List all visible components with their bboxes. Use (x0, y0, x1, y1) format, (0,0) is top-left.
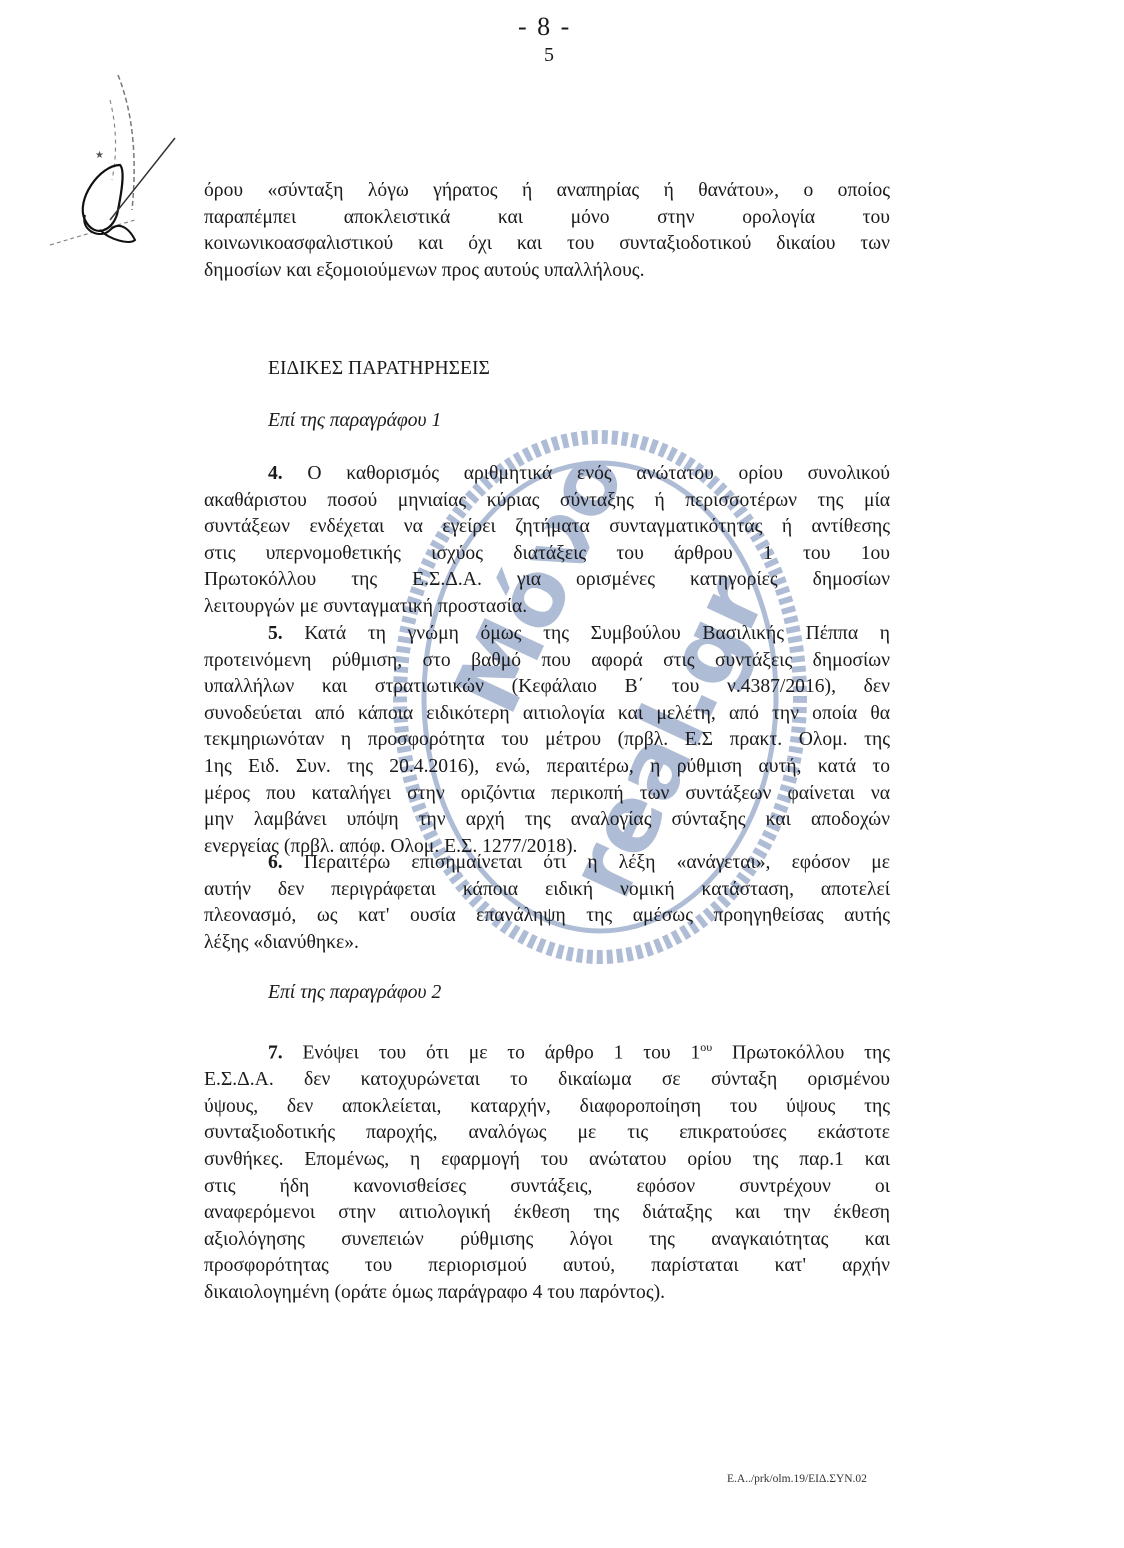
paragraph-7: 7. Ενόψει του ότι με το άρθρο 1 του 1ου … (204, 1034, 890, 1306)
text-line: μην λαμβάνει υπόψη την αρχή της αναλογία… (204, 807, 890, 834)
text-line: υπαλλήλων και στρατιωτικών (Κεφάλαιο Β΄ … (204, 674, 890, 701)
text-line: στις υπερνομοθετικής ισχύος διατάξεις το… (204, 541, 890, 568)
text-line: δημοσίων και εξομοιούμενων προς αυτούς υ… (204, 258, 890, 285)
text-line: συνοδεύεται από κάποια ειδικότερη αιτιολ… (204, 701, 890, 728)
signature-icon: ★ (40, 70, 210, 260)
text-line: 4. Ο καθορισμός αριθμητικά ενός ανώτατου… (204, 461, 890, 488)
text-line: όρου «σύνταξη λόγω γήρατος ή αναπηρίας ή… (204, 178, 890, 205)
paragraph-4: 4. Ο καθορισμός αριθμητικά ενός ανώτατου… (204, 461, 890, 621)
text-line: Ε.Σ.Δ.Α. δεν κατοχυρώνεται το δικαίωμα σ… (204, 1067, 890, 1094)
text-line: 6. Περαιτέρω επισημαίνεται ότι η λέξη «α… (204, 850, 890, 877)
intro-paragraph: όρου «σύνταξη λόγω γήρατος ή αναπηρίας ή… (204, 178, 890, 284)
paragraph-5: 5. Κατά τη γνώμη όμως της Συμβούλου Βασι… (204, 621, 890, 860)
text-line: αυτήν δεν περιγράφεται κάποια ειδική νομ… (204, 877, 890, 904)
text-line: 7. Ενόψει του ότι με το άρθρο 1 του 1ου … (204, 1034, 890, 1067)
text-line: παραπέμπει αποκλειστικά και μόνο στην ορ… (204, 205, 890, 232)
text-line: συνταξιοδοτικής παροχής, αναλόγως με τις… (204, 1120, 890, 1147)
text-line: δικαιολογημένη (οράτε όμως παράγραφο 4 τ… (204, 1280, 890, 1307)
text-line: πλεονασμό, ως κατ' ουσία επανάληψη της α… (204, 903, 890, 930)
text-line: αναφερόμενοι στην αιτιολογική έκθεση της… (204, 1200, 890, 1227)
text-line: προτεινόμενη ρύθμιση, στο βαθμό που αφορ… (204, 648, 890, 675)
text-line: λέξης «διανύθηκε». (204, 930, 890, 957)
text-line: Πρωτοκόλλου της Ε.Σ.Δ.Α. για ορισμένες κ… (204, 567, 890, 594)
text-line: τεκμηριωνόταν η προσφορότητα του μέτρου … (204, 727, 890, 754)
handwritten-page-number: - 8 - (518, 12, 571, 42)
text-line: στις ήδη κανονισθείσες συντάξεις, εφόσον… (204, 1174, 890, 1201)
text-line: 5. Κατά τη γνώμη όμως της Συμβούλου Βασι… (204, 621, 890, 648)
paragraph-number: 7. (268, 1043, 283, 1064)
paragraph-number: 6. (268, 852, 283, 873)
page-number: 5 (544, 44, 554, 67)
svg-text:★: ★ (95, 150, 104, 161)
text-line: συντάξεων ενδέχεται να εγείρει ζητήματα … (204, 514, 890, 541)
text-line: ακαθάριστου ποσού μηνιαίας κύριας σύνταξ… (204, 488, 890, 515)
text-line: προσφορότητας του περιορισμού αυτού, παρ… (204, 1253, 890, 1280)
section-title: ΕΙΔΙΚΕΣ ΠΑΡΑΤΗΡΗΣΕΙΣ (268, 358, 490, 380)
text-line: κοινωνικοασφαλιστικού και όχι και του συ… (204, 231, 890, 258)
text-line: 1ης Ειδ. Συν. της 20.4.2016), ενώ, περαι… (204, 754, 890, 781)
text-line: λειτουργών με συνταγματική προστασία. (204, 594, 890, 621)
paragraph-number: 5. (268, 623, 283, 644)
text-line: ύψους, δεν αποκλείεται, καταρχήν, διαφορ… (204, 1094, 890, 1121)
subheading-paragraph-1: Επί της παραγράφου 1 (268, 410, 441, 432)
paragraph-number: 4. (268, 463, 283, 484)
text-line: μέρος που καταλήγει στην οριζόντια περικ… (204, 781, 890, 808)
subheading-paragraph-2: Επί της παραγράφου 2 (268, 982, 441, 1004)
text-line: αξιολόγησης συνεπειών ρύθμισης λόγοι της… (204, 1227, 890, 1254)
footer-reference: Ε.Α../prk/olm.19/ΕΙΔ.ΣΥΝ.02 (727, 1473, 867, 1485)
paragraph-6: 6. Περαιτέρω επισημαίνεται ότι η λέξη «α… (204, 850, 890, 956)
text-line: συνθήκες. Επομένως, η εφαρμογή του ανώτα… (204, 1147, 890, 1174)
